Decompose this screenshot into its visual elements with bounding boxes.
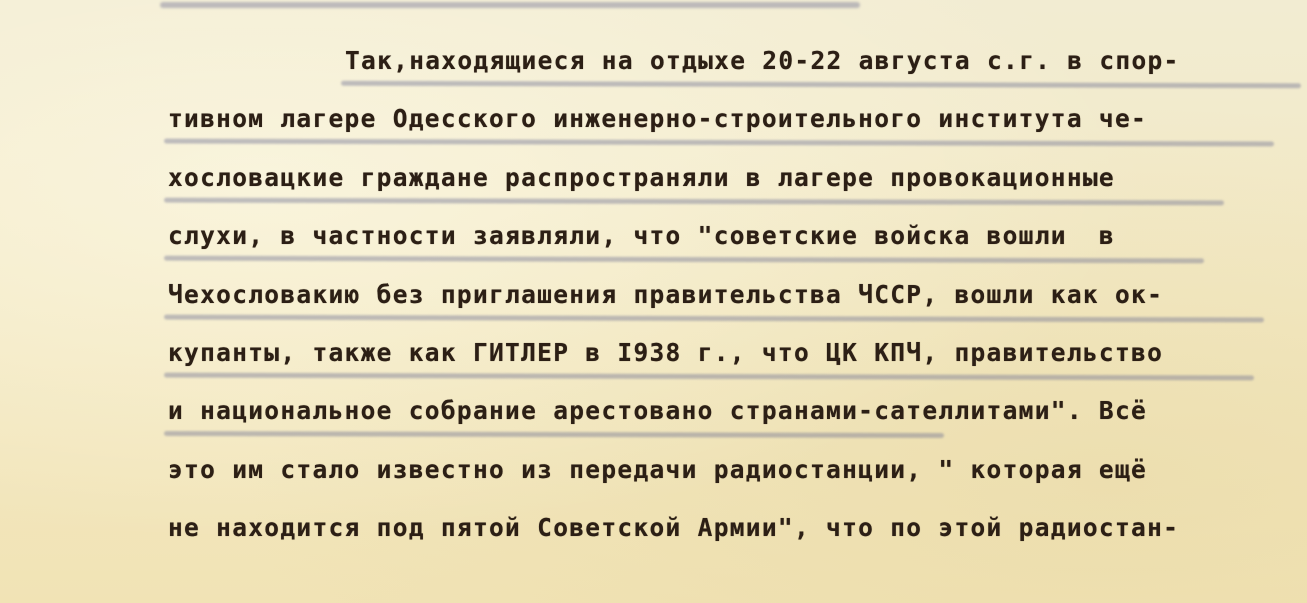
- pencil-underline: [164, 197, 1224, 205]
- text-line-4: слухи, в частности заявляли, что "советс…: [168, 213, 1298, 271]
- line-text: не находится под пятой Советской Армии",…: [168, 513, 1179, 542]
- line-text: Чехословакию без приглашения правительст…: [168, 280, 1163, 309]
- text-line-6: купанты, также как ГИТЛЕР в I938 г., что…: [168, 330, 1298, 388]
- text-line-2: тивном лагере Одесского инженерно-строит…: [168, 96, 1298, 154]
- line-text: купанты, также как ГИТЛЕР в I938 г., что…: [168, 338, 1163, 367]
- pencil-underline: [164, 314, 1264, 322]
- line-text: слухи, в частности заявляли, что "советс…: [168, 221, 1115, 250]
- line-text: Так,находящиеся на отдыхе 20-22 августа …: [345, 46, 1180, 75]
- pencil-underline-previous-line: [160, 2, 860, 8]
- line-text: и национальное собрание арестовано стран…: [168, 396, 1147, 425]
- line-text: хословацкие граждане распространяли в ла…: [168, 163, 1115, 192]
- pencil-underline: [341, 81, 1301, 89]
- line-text: это им стало известно из передачи радиос…: [168, 455, 1147, 484]
- text-line-1: Так,находящиеся на отдыхе 20-22 августа …: [168, 38, 1298, 96]
- typewritten-text-block: Так,находящиеся на отдыхе 20-22 августа …: [168, 38, 1298, 564]
- text-line-9: не находится под пятой Советской Армии",…: [168, 505, 1298, 563]
- text-line-5: Чехословакию без приглашения правительст…: [168, 272, 1298, 330]
- pencil-underline: [164, 431, 944, 438]
- text-line-7: и национальное собрание арестовано стран…: [168, 388, 1298, 446]
- text-line-3: хословацкие граждане распространяли в ла…: [168, 155, 1298, 213]
- line-text: тивном лагере Одесского инженерно-строит…: [168, 104, 1147, 133]
- text-line-8: это им стало известно из передачи радиос…: [168, 447, 1298, 505]
- pencil-underline: [164, 139, 1274, 147]
- pencil-underline: [164, 256, 1204, 264]
- pencil-underline: [164, 373, 1254, 381]
